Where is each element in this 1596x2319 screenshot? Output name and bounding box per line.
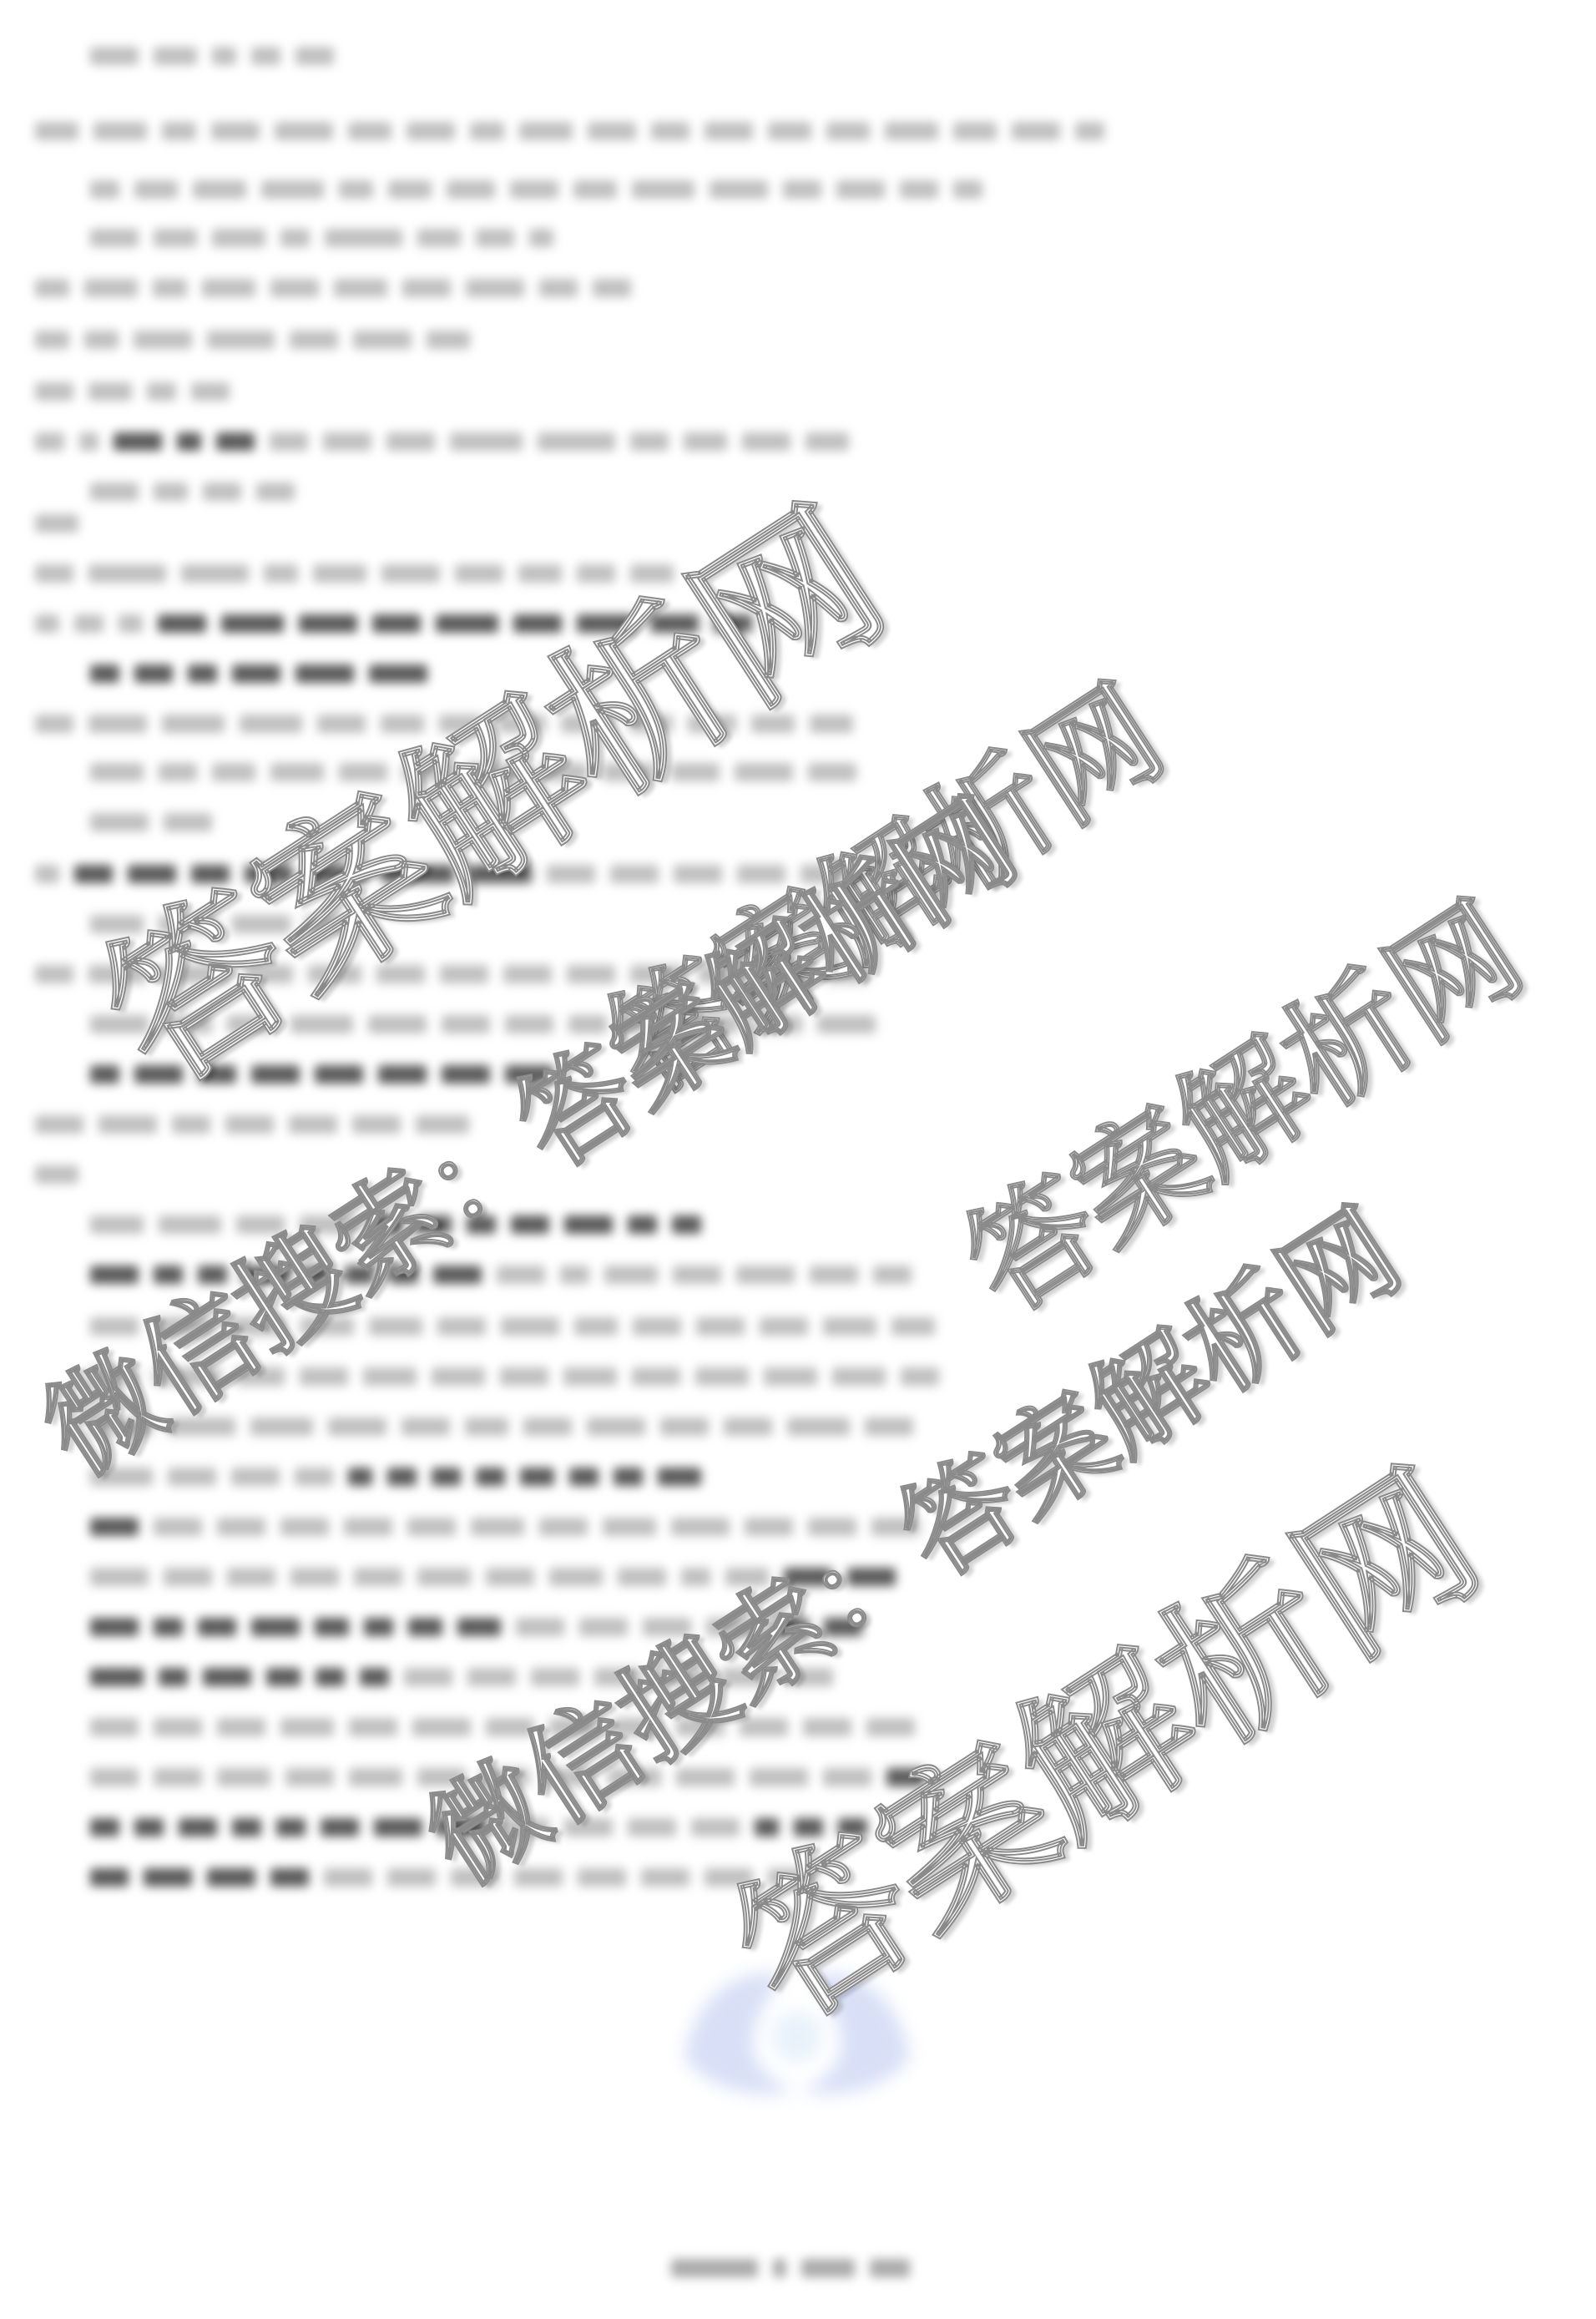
speaker-line: [illegible]	[35, 559, 689, 588]
text-line: [illegible]	[90, 1312, 950, 1341]
text-line: [illegible]	[90, 1863, 831, 1892]
text-line: [illegible]	[90, 910, 374, 938]
text-line: [illegible]	[90, 1763, 940, 1791]
text-line: [illegible]	[90, 1362, 954, 1391]
text-line: [illegible]	[90, 1463, 716, 1491]
text-line: [illegible]	[90, 1513, 935, 1541]
open-hands-book-logo	[659, 1958, 935, 2116]
text-line: [illegible]	[90, 224, 568, 252]
text-line: [illegible]	[90, 1713, 930, 1741]
speaker-line: [illegible]	[35, 960, 884, 988]
section-header: [illegible]	[35, 509, 93, 538]
speaker-line: [illegible]	[35, 117, 1119, 145]
speaker-line: [illegible]	[35, 274, 646, 302]
text-line: [illegible]	[90, 1412, 928, 1441]
speaker-line: [illegible]	[35, 710, 868, 738]
document-page: [illegible][illegible][illegible][illegi…	[0, 0, 1596, 2319]
page-footer: [illegible page footer]	[0, 2254, 1596, 2281]
speaker-line: [illegible]	[35, 1110, 484, 1139]
text-line: [illegible]	[90, 758, 871, 786]
text-line: [illegible]	[90, 1613, 877, 1641]
text-line: [illegible]	[90, 1210, 716, 1239]
speaker-line: [illegible]	[35, 377, 245, 406]
speaker-line: [illegible]	[35, 326, 485, 354]
watermark-text: 答案解析网	[927, 853, 1550, 1346]
text-line: [illegible]	[90, 1261, 927, 1289]
text-line: [illegible]	[90, 42, 349, 70]
section-header: [illegible]	[35, 1160, 93, 1189]
speaker-line: [illegible]	[35, 427, 864, 456]
text-line: [illegible]	[90, 175, 997, 204]
text-line: [illegible]	[90, 659, 442, 688]
text-line: [illegible]	[90, 1060, 568, 1089]
speaker-line: [illegible]	[35, 609, 767, 638]
text-line: [illegible]	[90, 1010, 891, 1038]
text-line: [illegible]	[90, 477, 310, 506]
text-line: [illegible]	[90, 1563, 911, 1591]
text-line: [illegible]	[90, 1813, 882, 1842]
text-line: [illegible]	[90, 808, 227, 836]
text-line: [illegible]	[90, 1663, 848, 1691]
speaker-line: [illegible]	[35, 860, 864, 888]
